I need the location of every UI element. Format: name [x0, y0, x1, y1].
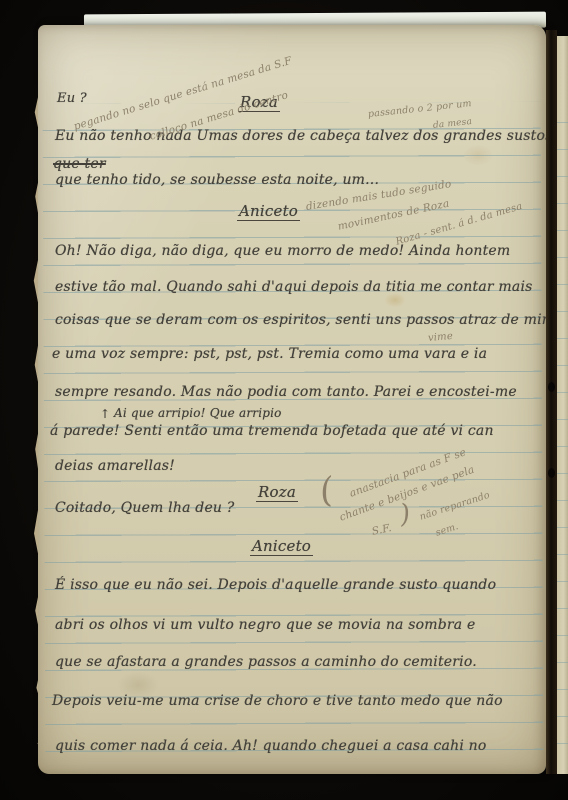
speaker-heading-aniceto-2: Aniceto	[250, 537, 313, 556]
pencil-note: não reparando	[418, 490, 491, 523]
dialogue-line: Coitado, Quem lha deu ?	[55, 500, 235, 516]
margin-note: Eu ?	[57, 91, 87, 106]
pencil-open-paren: (	[317, 470, 337, 512]
dialogue-line: abri os olhos vi um vulto negro que se m…	[55, 617, 475, 633]
dialogue-line: quis comer nada á ceia. Ah! quando chegu…	[55, 738, 487, 754]
dialogue-line: Depois veiu-me uma crise de choro e tive…	[52, 693, 503, 709]
dialogue-line: Oh! Não diga, não diga, que eu morro de …	[55, 243, 510, 259]
dialogue-line: á parede! Senti então uma tremenda bofet…	[50, 423, 494, 439]
struck-out-text: que ter	[53, 156, 106, 172]
speaker-heading-roza-2: Roza	[256, 483, 298, 502]
pencil-note: sem.	[434, 521, 460, 539]
dialogue-line: estive tão mal. Quando sahi d'aqui depoi…	[55, 279, 533, 295]
pencil-close-paren: )	[398, 499, 412, 530]
stitch-mark	[548, 382, 555, 392]
pencil-note: S.F.	[371, 522, 393, 538]
notebook-page: Eu ? Roza Eu não tenho nada Umas dores d…	[38, 25, 546, 774]
inserted-text: Ai que arripio! Que arripio	[114, 406, 282, 420]
binding-gutter	[546, 30, 557, 774]
pencil-correction: vime	[428, 331, 454, 344]
facing-page-sliver	[557, 36, 568, 774]
dialogue-line: e uma voz sempre: pst, pst, pst. Tremia …	[52, 346, 487, 362]
ruled-lines	[557, 96, 568, 764]
dialogue-line: deias amarellas!	[55, 458, 175, 474]
dialogue-line: É isso que eu não sei. Depois d'aquelle …	[55, 577, 496, 593]
dialogue-line: que tenho tido, se soubesse esta noite, …	[55, 172, 379, 188]
speaker-heading-aniceto-1: Aniceto	[237, 202, 300, 221]
dialogue-line: que se afastara a grandes passos a camin…	[55, 654, 477, 670]
dialogue-line: coisas que se deram com os espiritos, se…	[55, 312, 555, 328]
pencil-parenthetical-group: ( anastacia para as F se chante e beijos…	[320, 460, 535, 565]
manuscript-photo: { "scene": { "margin_note": "Eu ?" }, "s…	[0, 0, 568, 800]
dialogue-line: Eu não tenho nada Umas dores de cabeça t…	[55, 128, 553, 144]
dialogue-line: sempre resando. Mas não podia com tanto.…	[55, 384, 517, 400]
stitch-mark	[548, 468, 555, 478]
caret-arrow: ↑	[100, 407, 110, 421]
